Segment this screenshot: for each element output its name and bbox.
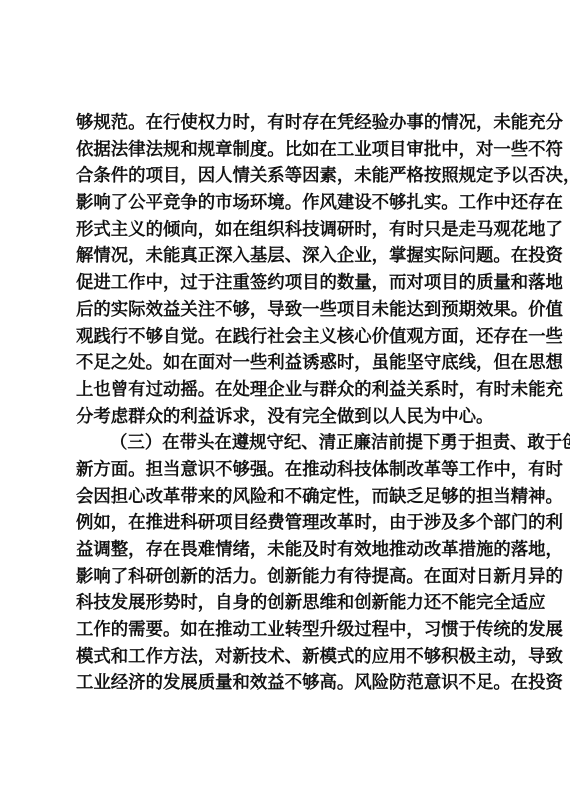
text-line: 益调整，存在畏难情绪，未能及时有效地推动改革措施的落地， (76, 537, 490, 564)
text-line: 会因担心改革带来的风险和不确定性，而缺乏足够的担当精神。 (76, 484, 490, 511)
text-line: 工业经济的发展质量和效益不够高。风险防范意识不足。在投资 (76, 670, 490, 697)
document-page: 够规范。在行使权力时，有时存在凭经验办事的情况，未能充分 依据法律法规和规章制度… (76, 110, 490, 697)
text-line: 依据法律法规和规章制度。比如在工业项目审批中，对一些不符 (76, 137, 490, 164)
text-line: （三）在带头在遵规守纪、清正廉洁前提下勇于担责、敢于创 (76, 430, 490, 457)
text-line: 影响了科研创新的活力。创新能力有待提高。在面对日新月异的 (76, 564, 490, 591)
text-line: 上也曾有过动摇。在处理企业与群众的利益关系时，有时未能充 (76, 377, 490, 404)
text-line: 观践行不够自觉。在践行社会主义核心价值观方面，还存在一些 (76, 324, 490, 351)
text-line: 例如，在推进科研项目经费管理改革时，由于涉及多个部门的利 (76, 510, 490, 537)
text-line: 新方面。担当意识不够强。在推动科技体制改革等工作中，有时 (76, 457, 490, 484)
text-line: 不足之处。如在面对一些利益诱惑时，虽能坚守底线，但在思想 (76, 350, 490, 377)
text-line: 分考虑群众的利益诉求，没有完全做到以人民为中心。 (76, 404, 490, 431)
paragraph-1: 够规范。在行使权力时，有时存在凭经验办事的情况，未能充分 依据法律法规和规章制度… (76, 110, 490, 430)
paragraph-2: （三）在带头在遵规守纪、清正廉洁前提下勇于担责、敢于创 新方面。担当意识不够强。… (76, 430, 490, 697)
text-line: 模式和工作方法，对新技术、新模式的应用不够积极主动，导致 (76, 644, 490, 671)
text-line: 形式主义的倾向，如在组织科技调研时，有时只是走马观花地了 (76, 217, 490, 244)
text-line: 解情况，未能真正深入基层、深入企业，掌握实际问题。在投资 (76, 243, 490, 270)
text-line: 科技发展形势时，自身的创新思维和创新能力还不能完全适应 (76, 590, 490, 617)
text-line: 促进工作中，过于注重签约项目的数量，而对项目的质量和落地 (76, 270, 490, 297)
text-line: 影响了公平竞争的市场环境。作风建设不够扎实。工作中还存在 (76, 190, 490, 217)
text-line: 够规范。在行使权力时，有时存在凭经验办事的情况，未能充分 (76, 110, 490, 137)
text-line: 工作的需要。如在推动工业转型升级过程中，习惯于传统的发展 (76, 617, 490, 644)
text-line: 后的实际效益关注不够，导致一些项目未能达到预期效果。价值 (76, 297, 490, 324)
text-line: 合条件的项目，因人情关系等因素，未能严格按照规定予以否决， (76, 163, 490, 190)
